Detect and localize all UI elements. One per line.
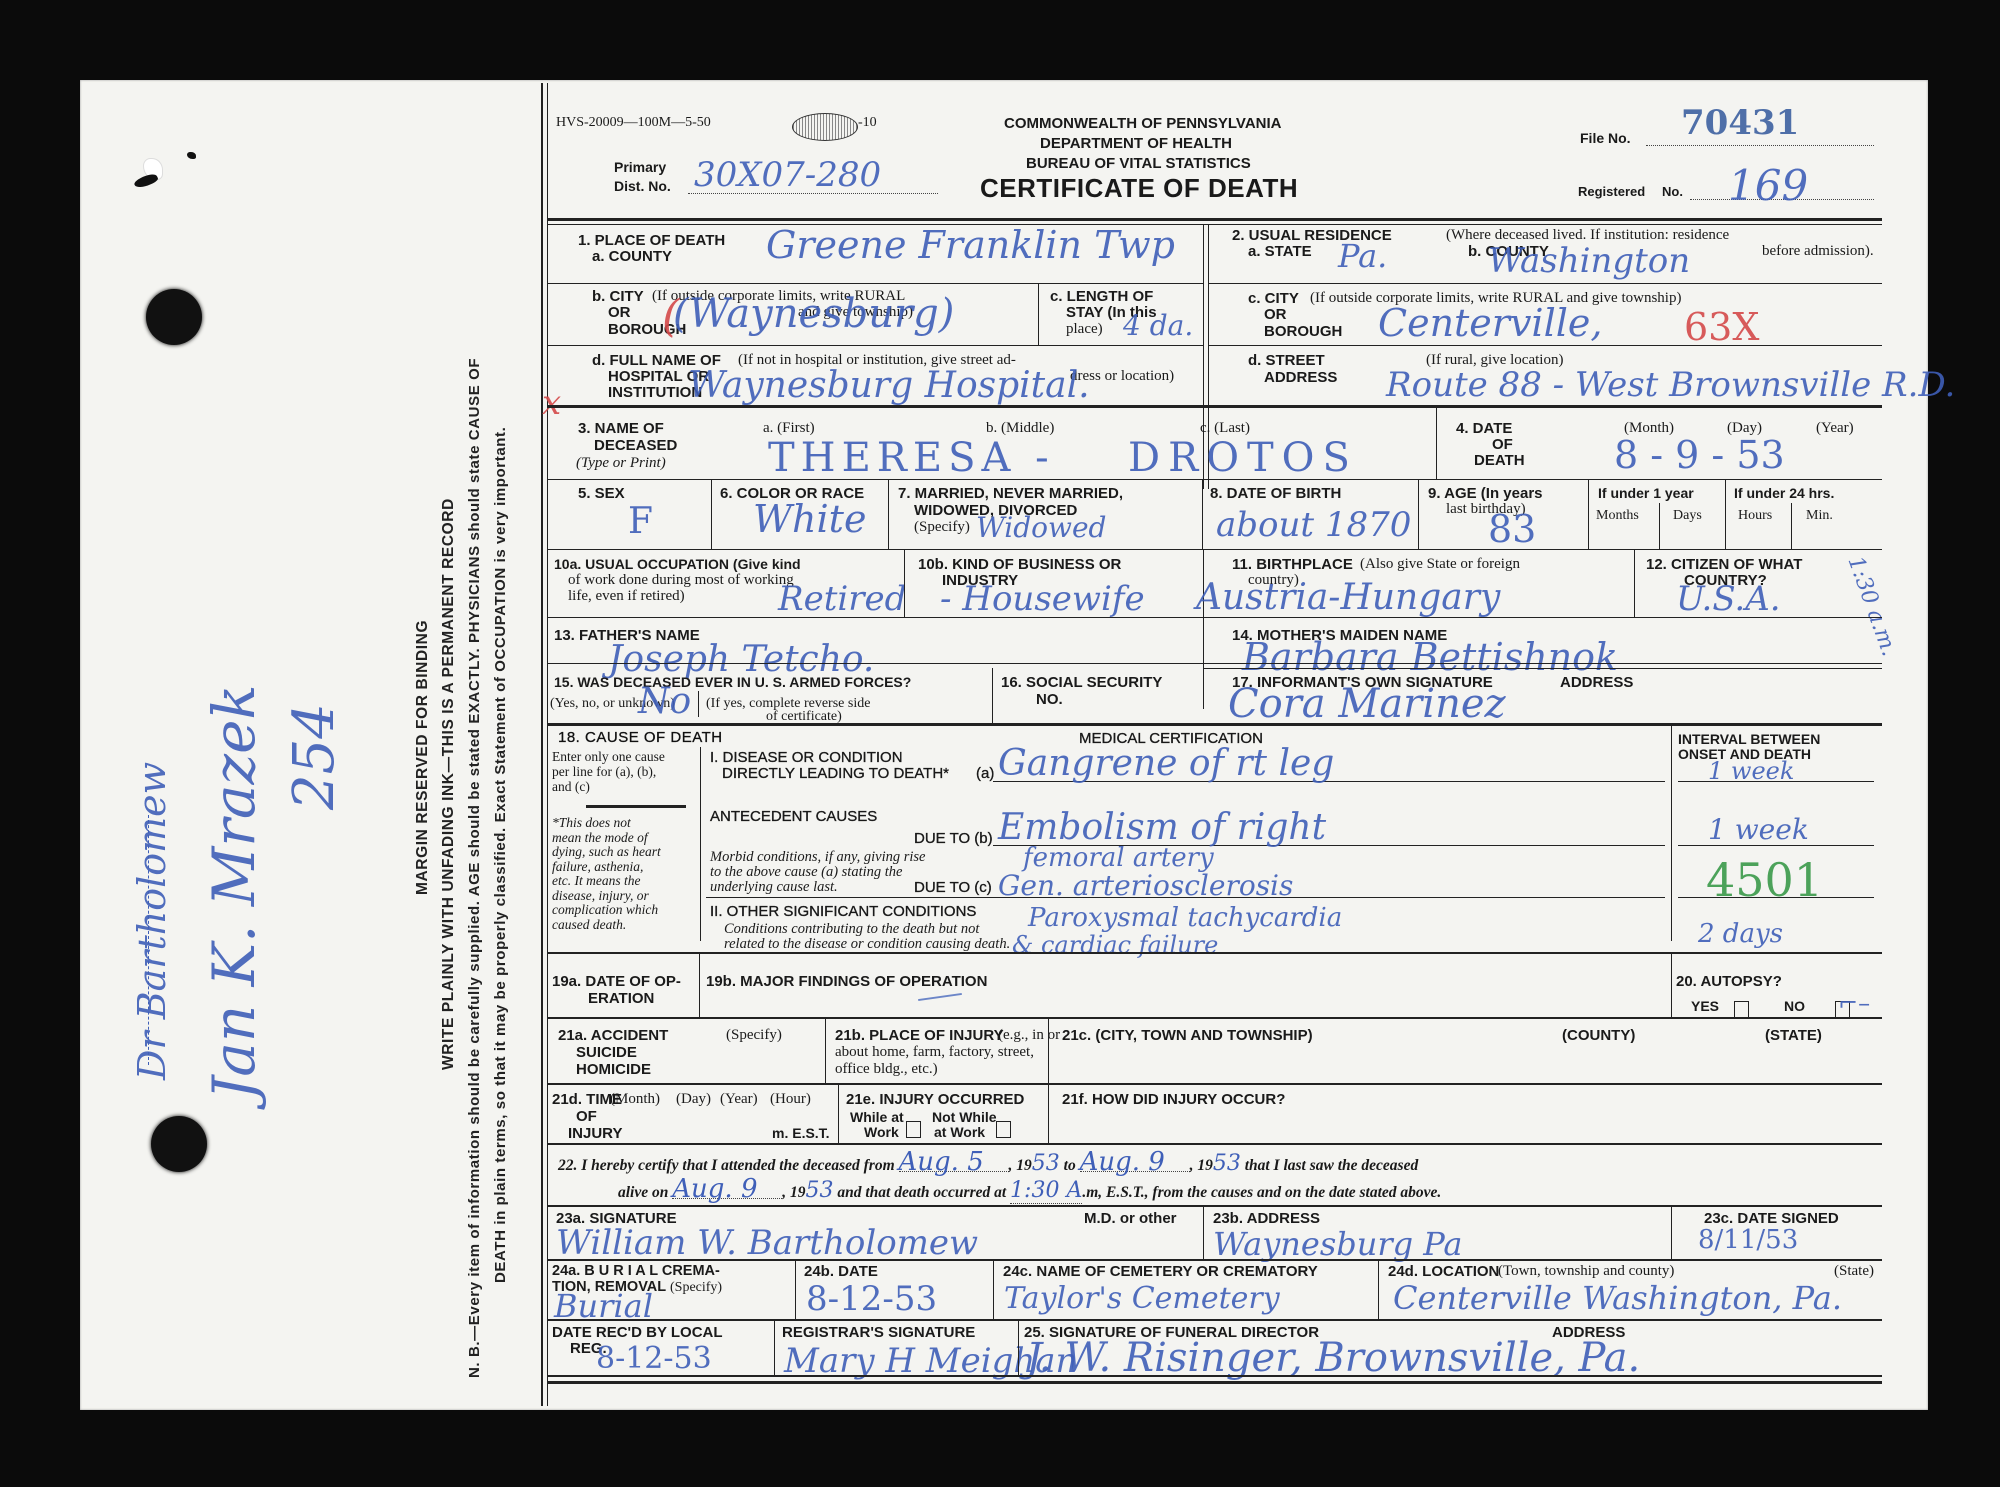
f5-sex-value: F bbox=[628, 501, 653, 542]
f18-footnote-line: disease, injury, or bbox=[552, 889, 696, 904]
header-department: DEPARTMENT OF HEALTH bbox=[1040, 135, 1232, 152]
f9-min: Min. bbox=[1806, 507, 1833, 524]
f21a-label1: 21a. ACCIDENT bbox=[558, 1027, 668, 1044]
f5-label: 5. SEX bbox=[578, 485, 625, 502]
f18-instr2: per line for (a), (b), bbox=[552, 764, 656, 779]
f10a-label3: life, even if retired) bbox=[568, 588, 685, 605]
f18-footnote-line: *This does not bbox=[552, 816, 696, 831]
f22-to-year: 53 bbox=[1213, 1151, 1241, 1176]
f1-sub-b: b. CITY bbox=[592, 288, 644, 305]
divider-3-4 bbox=[1436, 405, 1437, 479]
f1-city-value: (Waynesburg) bbox=[673, 291, 954, 337]
f2-row-a-line bbox=[1208, 283, 1882, 284]
f22-time-value: 1:30 A bbox=[1010, 1178, 1082, 1204]
registered-no-label-1: Registered bbox=[1578, 183, 1645, 200]
f18-instr3: and (c) bbox=[552, 779, 590, 794]
f2-street-value: Route 88 - West Brownsville R.D. bbox=[1386, 365, 1955, 405]
f2-row-c-line bbox=[1208, 345, 1882, 346]
f16-label1: 16. SOCIAL SECURITY bbox=[1001, 674, 1162, 691]
f2-sub-d2: ADDRESS bbox=[1264, 369, 1337, 386]
f15-divider bbox=[698, 691, 699, 717]
f2-city-value: Centerville, bbox=[1378, 301, 1602, 345]
f16-label2: NO. bbox=[1036, 691, 1063, 708]
f17-informant-value: Cora Marinez bbox=[1228, 681, 1506, 727]
divider-5-6 bbox=[711, 479, 712, 549]
punch-hole-top bbox=[146, 289, 202, 345]
f24c-label: 24c. NAME OF CEMETERY OR CREMATORY bbox=[1003, 1263, 1318, 1280]
f11-birthplace-value: Austria-Hungary bbox=[1196, 577, 1500, 618]
f20-no-label: NO bbox=[1784, 998, 1805, 1015]
registered-no-label-2: No. bbox=[1662, 183, 1683, 200]
f18-a-value: Gangrene of rt leg bbox=[998, 743, 1334, 784]
row-19-line bbox=[548, 1017, 1882, 1019]
f19b-label: 19b. MAJOR FINDINGS OF OPERATION bbox=[706, 973, 987, 990]
f18-classification-code: 4501 bbox=[1706, 853, 1823, 907]
f21c-label: 21c. (CITY, TOWN AND TOWNSHIP) bbox=[1062, 1027, 1313, 1044]
f15-armed-value: No bbox=[638, 681, 691, 722]
f1-b-c-divider bbox=[1038, 283, 1039, 345]
f21a-specify: (Specify) bbox=[726, 1027, 782, 1044]
f21f-label: 21f. HOW DID INJURY OCCUR? bbox=[1062, 1091, 1285, 1108]
f3-label1: 3. NAME OF bbox=[578, 420, 664, 437]
f21b-note1: (e.g., in or bbox=[998, 1027, 1060, 1044]
f14-mother-value: Barbara Bettishnok bbox=[1242, 635, 1618, 679]
f17-address-label: ADDRESS bbox=[1560, 674, 1633, 691]
f22-text: alive on bbox=[618, 1184, 668, 1201]
f21e-work: Work bbox=[864, 1124, 899, 1141]
f18-part1-1: I. DISEASE OR CONDITION bbox=[710, 749, 903, 766]
f1-red-x-mark: x bbox=[542, 383, 561, 423]
f22-text: and that death occurred at bbox=[837, 1184, 1006, 1201]
margin-nb-line2: DEATH in plain terms, so that it may be … bbox=[492, 427, 509, 1283]
f18-part2: II. OTHER SIGNIFICANT CONDITIONS bbox=[710, 903, 976, 920]
f22-text: , 19 bbox=[1190, 1157, 1213, 1174]
f24a-specify: (Specify) bbox=[670, 1279, 722, 1296]
f11-label1: 11. BIRTHPLACE bbox=[1232, 556, 1353, 573]
f10a-occupation-value: Retired bbox=[778, 579, 906, 619]
f22-line1: 22. I hereby certify that I attended the… bbox=[558, 1151, 1418, 1176]
f10b-industry-value: - Housewife bbox=[940, 579, 1145, 619]
row-24-line bbox=[548, 1319, 1882, 1321]
section-divider-18 bbox=[548, 723, 1882, 726]
margin-ink-text: WRITE PLAINLY WITH UNFADING INK—THIS IS … bbox=[440, 498, 458, 1070]
f21a-label2: SUICIDE bbox=[576, 1044, 637, 1061]
f18-a-interval: 1 week bbox=[1708, 757, 1794, 785]
divider-10b-11 bbox=[1203, 549, 1204, 709]
f18-footnote-line: dying, such as heart bbox=[552, 845, 696, 860]
divider-18-instr bbox=[700, 747, 701, 941]
f24c-cemetery-value: Taylor's Cemetery bbox=[1004, 1281, 1280, 1316]
header-commonwealth: COMMONWEALTH OF PENNSYLVANIA bbox=[1004, 115, 1282, 132]
f18-label: 18. CAUSE OF DEATH bbox=[558, 729, 723, 746]
header-divider-1 bbox=[548, 218, 1882, 221]
f18-part2-note2: related to the disease or condition caus… bbox=[724, 936, 1010, 952]
f21e-atwork: at Work bbox=[934, 1124, 985, 1141]
f19a-label2: ERATION bbox=[588, 990, 654, 1007]
f2-sub-d1: d. STREET bbox=[1248, 352, 1325, 369]
f1-row-a-line bbox=[548, 283, 1203, 284]
f21d-label2: OF bbox=[576, 1108, 597, 1125]
f18-footnote-line: mean the mode of bbox=[552, 831, 696, 846]
f7-marital-value: Widowed bbox=[976, 511, 1106, 544]
f18-morbid1: Morbid conditions, if any, giving rise bbox=[710, 849, 925, 865]
f18-part2-value2: & cardiac failure bbox=[1012, 931, 1218, 959]
margin-annotation-underline bbox=[148, 815, 150, 1065]
f21d-day: (Day) bbox=[676, 1091, 711, 1108]
f24a-label1: 24a. B U R I A L CREMA- bbox=[552, 1263, 720, 1280]
row-23-line bbox=[548, 1259, 1882, 1261]
f2-sub-a: a. STATE bbox=[1248, 243, 1312, 260]
f20-yes-label: YES bbox=[1691, 998, 1719, 1015]
f2-state-value: Pa. bbox=[1338, 237, 1387, 275]
f22-alive-value: Aug. 9 bbox=[672, 1180, 782, 1199]
f9-age-value: 83 bbox=[1488, 507, 1536, 551]
f21d-mest: m. E.S.T. bbox=[772, 1125, 830, 1142]
f6-race-value: White bbox=[753, 497, 866, 541]
margin-nb-line1: N. B.—Every item of information should b… bbox=[466, 358, 483, 1378]
row-22-line bbox=[548, 1205, 1882, 1207]
f22-to-value: Aug. 9 bbox=[1080, 1153, 1190, 1172]
f2-city-code: 63X bbox=[1684, 305, 1759, 349]
margin-annotation-doctor: Dr Bartholomew bbox=[130, 760, 174, 1080]
divider-under1-under24 bbox=[1725, 479, 1726, 549]
f9-label1: 9. AGE (In years bbox=[1428, 485, 1543, 502]
f18-footnote-line: etc. It means the bbox=[552, 874, 696, 889]
divider-8-9 bbox=[1418, 479, 1419, 549]
f10a-label2: of work done during most of working bbox=[568, 572, 794, 589]
form-code: HVS-20009—100M—5-50 bbox=[556, 114, 711, 131]
f22-text: .m, E.S.T., from the causes and on the d… bbox=[1082, 1184, 1441, 1201]
f7-label3: (Specify) bbox=[914, 519, 970, 536]
divider-21a-21b bbox=[825, 1017, 826, 1083]
divider-21b-21c bbox=[1048, 1017, 1049, 1083]
divider-21d-21e bbox=[838, 1083, 839, 1143]
primary-dist-value: 30X07-280 bbox=[694, 155, 881, 195]
f20-yes-checkbox[interactable] bbox=[1734, 1001, 1749, 1018]
row-14-line-a bbox=[1203, 663, 1882, 664]
bottom-line-2 bbox=[548, 1381, 1882, 1384]
f10a-label1: 10a. USUAL OCCUPATION (Give kind bbox=[554, 556, 801, 573]
f2-sub-c-or: OR bbox=[1264, 306, 1287, 323]
file-no-line bbox=[1646, 145, 1874, 146]
f1-sub-c1: c. LENGTH OF bbox=[1050, 288, 1153, 305]
divider-9-under1 bbox=[1588, 479, 1589, 549]
f18-b-label: DUE TO (b) bbox=[914, 830, 993, 847]
divider-11-12 bbox=[1634, 549, 1635, 617]
divider-19-20 bbox=[1671, 952, 1672, 1017]
f4-year-label: (Year) bbox=[1816, 420, 1854, 437]
f20-no-checkmark: ⌐– bbox=[1838, 989, 1870, 1017]
f22-text: , 19 bbox=[1009, 1157, 1032, 1174]
f23c-date-value: 8/11/53 bbox=[1698, 1225, 1798, 1255]
divider-15-16 bbox=[992, 668, 993, 723]
header-bureau: BUREAU OF VITAL STATISTICS bbox=[1026, 155, 1251, 172]
f2-sub-c: c. CITY bbox=[1248, 290, 1299, 307]
primary-dist-label-1: Primary bbox=[614, 159, 666, 176]
f10b-label1: 10b. KIND OF BUSINESS OR bbox=[918, 556, 1121, 573]
divider-rec-registrar bbox=[774, 1319, 775, 1375]
f1-sub-c3: place) bbox=[1066, 321, 1103, 338]
f21d-label3: INJURY bbox=[568, 1125, 622, 1142]
divider-18-interval bbox=[1671, 723, 1672, 941]
file-no-label: File No. bbox=[1580, 130, 1631, 147]
row-14-line-b bbox=[1203, 668, 1882, 669]
f1-sub-b-or: OR bbox=[608, 304, 631, 321]
f21b-note3: office bldg., etc.) bbox=[835, 1061, 938, 1078]
divider-19a-19b bbox=[699, 952, 700, 1017]
f21d-year: (Year) bbox=[720, 1091, 758, 1108]
f21a-label3: HOMICIDE bbox=[576, 1061, 651, 1078]
paper-tear-mark bbox=[133, 171, 159, 190]
f23a-signature-value: William W. Bartholomew bbox=[556, 1223, 978, 1263]
divider-hours-min bbox=[1791, 503, 1792, 549]
f3-label3: (Type or Print) bbox=[576, 455, 666, 471]
f24b-label: 24b. DATE bbox=[804, 1263, 878, 1280]
bottom-line-1 bbox=[548, 1375, 1882, 1377]
f9-days: Days bbox=[1673, 507, 1702, 524]
f3-first-value: THERESA - bbox=[768, 435, 1055, 481]
f1-county-value: Greene Franklin Twp bbox=[766, 223, 1175, 267]
f18-c-label: DUE TO (c) bbox=[914, 879, 992, 896]
f18-footnote: *This does not mean the mode of dying, s… bbox=[552, 816, 696, 932]
row-21d-line bbox=[548, 1143, 1882, 1145]
f22-from-value: Aug. 5 bbox=[899, 1153, 1009, 1172]
f18-b-value: Embolism of right bbox=[998, 807, 1326, 848]
row-18-line bbox=[548, 952, 1882, 954]
f24d-note: (Town, township and county) bbox=[1498, 1263, 1674, 1280]
row-5-line bbox=[548, 549, 1882, 550]
f21c-state: (STATE) bbox=[1765, 1027, 1822, 1044]
f1-hospital-value: Waynesburg Hospital. bbox=[688, 365, 1090, 406]
f18-part1-2: DIRECTLY LEADING TO DEATH* bbox=[722, 765, 949, 782]
divider-7-8 bbox=[1202, 479, 1203, 549]
f9-under24: If under 24 hrs. bbox=[1734, 485, 1834, 502]
divider-24b-24c bbox=[993, 1259, 994, 1319]
margin-binding-text: MARGIN RESERVED FOR BINDING bbox=[414, 620, 432, 895]
f21e-while-at-work-checkbox[interactable] bbox=[906, 1121, 921, 1138]
f21b-label: 21b. PLACE OF INJURY bbox=[835, 1027, 1004, 1044]
f18-c-value: Gen. arteriosclerosis bbox=[998, 869, 1293, 902]
row-10-line bbox=[548, 617, 1882, 618]
f21c-county: (COUNTY) bbox=[1562, 1027, 1635, 1044]
f24d-label: 24d. LOCATION bbox=[1388, 1263, 1499, 1280]
f1-stay-value: 4 da. bbox=[1123, 309, 1193, 342]
f3-label2: DECEASED bbox=[594, 437, 677, 454]
f12-citizen-value: U.S.A. bbox=[1676, 579, 1781, 619]
f19a-label1: 19a. DATE OF OP- bbox=[552, 973, 681, 990]
file-no-value: 70431 bbox=[1681, 103, 1799, 143]
f18-instr1: Enter only one cause bbox=[552, 749, 665, 764]
f18-part2-value1: Paroxysmal tachycardia bbox=[1028, 903, 1342, 933]
registrar-label: REGISTRAR'S SIGNATURE bbox=[782, 1324, 975, 1341]
f23a-md: M.D. or other bbox=[1084, 1210, 1177, 1227]
f18-footnote-line: failure, asthenia, bbox=[552, 860, 696, 875]
f24d-location-value: Centerville Washington, Pa. bbox=[1393, 1279, 1842, 1317]
f22-text: that I last saw the deceased bbox=[1245, 1157, 1419, 1174]
f22-from-year: 53 bbox=[1032, 1151, 1060, 1176]
f1-sub-a: a. COUNTY bbox=[592, 248, 672, 265]
f4-label2: OF bbox=[1492, 436, 1513, 453]
f21e-label: 21e. INJURY OCCURRED bbox=[846, 1091, 1024, 1108]
f2-sub-c-borough: BOROUGH bbox=[1264, 323, 1342, 340]
f3-last-value: DROTOS bbox=[1128, 435, 1358, 481]
divider-registrar-25 bbox=[1018, 1319, 1019, 1375]
divider-21e-21f bbox=[1048, 1083, 1049, 1143]
f18-instr-rule bbox=[586, 805, 686, 808]
registered-no-value: 169 bbox=[1728, 161, 1808, 210]
margin-annotation-name: Jan K. Mrazek bbox=[200, 560, 268, 1100]
divider-24a-24b bbox=[795, 1259, 796, 1319]
f11-note1: (Also give State or foreign bbox=[1360, 556, 1520, 573]
f18-a-label: (a) bbox=[976, 765, 994, 782]
f23b-address-value: Waynesburg Pa bbox=[1213, 1225, 1462, 1263]
divider-months-days bbox=[1659, 503, 1660, 549]
f22-line2: alive on Aug. 9, 1953 and that death occ… bbox=[618, 1178, 1441, 1203]
form-code-suffix: -10 bbox=[858, 114, 877, 131]
punch-hole-bottom bbox=[151, 1116, 207, 1172]
f18-part2-interval: 2 days bbox=[1698, 919, 1783, 949]
f1-row-b-line bbox=[548, 345, 1203, 346]
f18-part2-note1: Conditions contributing to the death but… bbox=[724, 921, 979, 937]
f4-date-value: 8 - 9 - 53 bbox=[1614, 433, 1785, 477]
f7-label1: 7. MARRIED, NEVER MARRIED, bbox=[898, 485, 1123, 502]
paper-speck bbox=[187, 152, 196, 159]
f8-label: 8. DATE OF BIRTH bbox=[1210, 485, 1341, 502]
rec-date-value: 8-12-53 bbox=[596, 1341, 712, 1376]
section-divider-3 bbox=[548, 405, 1882, 408]
f4-label1: 4. DATE bbox=[1456, 420, 1512, 437]
f19b-pen-stroke bbox=[918, 993, 962, 1001]
margin-annotation-number: 254 bbox=[282, 590, 347, 810]
union-label-seal bbox=[792, 113, 858, 141]
divider-6-7 bbox=[888, 479, 889, 549]
f18-footnote-line: caused death. bbox=[552, 918, 696, 933]
row-21a-line bbox=[548, 1083, 1882, 1085]
f22-text: 22. I hereby certify that I attended the… bbox=[558, 1157, 895, 1174]
f18-b-interval: 1 week bbox=[1708, 813, 1809, 846]
f9-months: Months bbox=[1596, 507, 1639, 524]
primary-dist-label-2: Dist. No. bbox=[614, 178, 671, 195]
f21b-note2: about home, farm, factory, street, bbox=[835, 1044, 1034, 1061]
f22-text: , 19 bbox=[782, 1184, 805, 1201]
f21d-hour: (Hour) bbox=[770, 1091, 811, 1108]
header-divider-2 bbox=[548, 224, 1882, 225]
f18-morbid3: underlying cause last. bbox=[710, 879, 838, 895]
row-3-line bbox=[548, 479, 1882, 480]
f22-text: to bbox=[1064, 1157, 1076, 1174]
f21e-not-while-at-work-checkbox[interactable] bbox=[996, 1121, 1011, 1138]
f12-label1: 12. CITIZEN OF WHAT bbox=[1646, 556, 1802, 573]
f24b-date-value: 8-12-53 bbox=[806, 1279, 937, 1319]
f21d-month: (Month) bbox=[610, 1091, 660, 1108]
f4-label3: DEATH bbox=[1474, 452, 1525, 469]
page-title: CERTIFICATE OF DEATH bbox=[980, 180, 1298, 197]
f2-county-value: Washington bbox=[1488, 241, 1690, 281]
f2-note2: before admission). bbox=[1762, 243, 1874, 260]
f18-antecedent: ANTECEDENT CAUSES bbox=[710, 808, 877, 825]
f1-label: 1. PLACE OF DEATH bbox=[578, 232, 725, 249]
f18-footnote-line: complication which bbox=[552, 903, 696, 918]
row-13-line bbox=[548, 663, 1203, 664]
divider-10a-10b bbox=[904, 549, 905, 617]
death-certificate-form: HVS-20009—100M—5-50 -10 COMMONWEALTH OF … bbox=[541, 83, 1883, 1406]
f18-morbid2: to the above cause (a) stating the bbox=[710, 864, 902, 880]
divider-23a-23b bbox=[1203, 1205, 1204, 1259]
f24d-state: (State) bbox=[1834, 1263, 1874, 1280]
divider-23b-23c bbox=[1671, 1205, 1672, 1259]
divider-24c-24d bbox=[1378, 1259, 1379, 1319]
f22-alive-year: 53 bbox=[806, 1178, 834, 1203]
f8-dob-value: about 1870 bbox=[1216, 505, 1411, 545]
rec-label1: DATE REC'D BY LOCAL bbox=[552, 1324, 723, 1341]
f15-label: 15. WAS DECEASED EVER IN U. S. ARMED FOR… bbox=[554, 674, 911, 691]
f9-under1: If under 1 year bbox=[1598, 485, 1694, 502]
f9-hours: Hours bbox=[1738, 507, 1772, 524]
f20-label: 20. AUTOPSY? bbox=[1676, 973, 1782, 990]
